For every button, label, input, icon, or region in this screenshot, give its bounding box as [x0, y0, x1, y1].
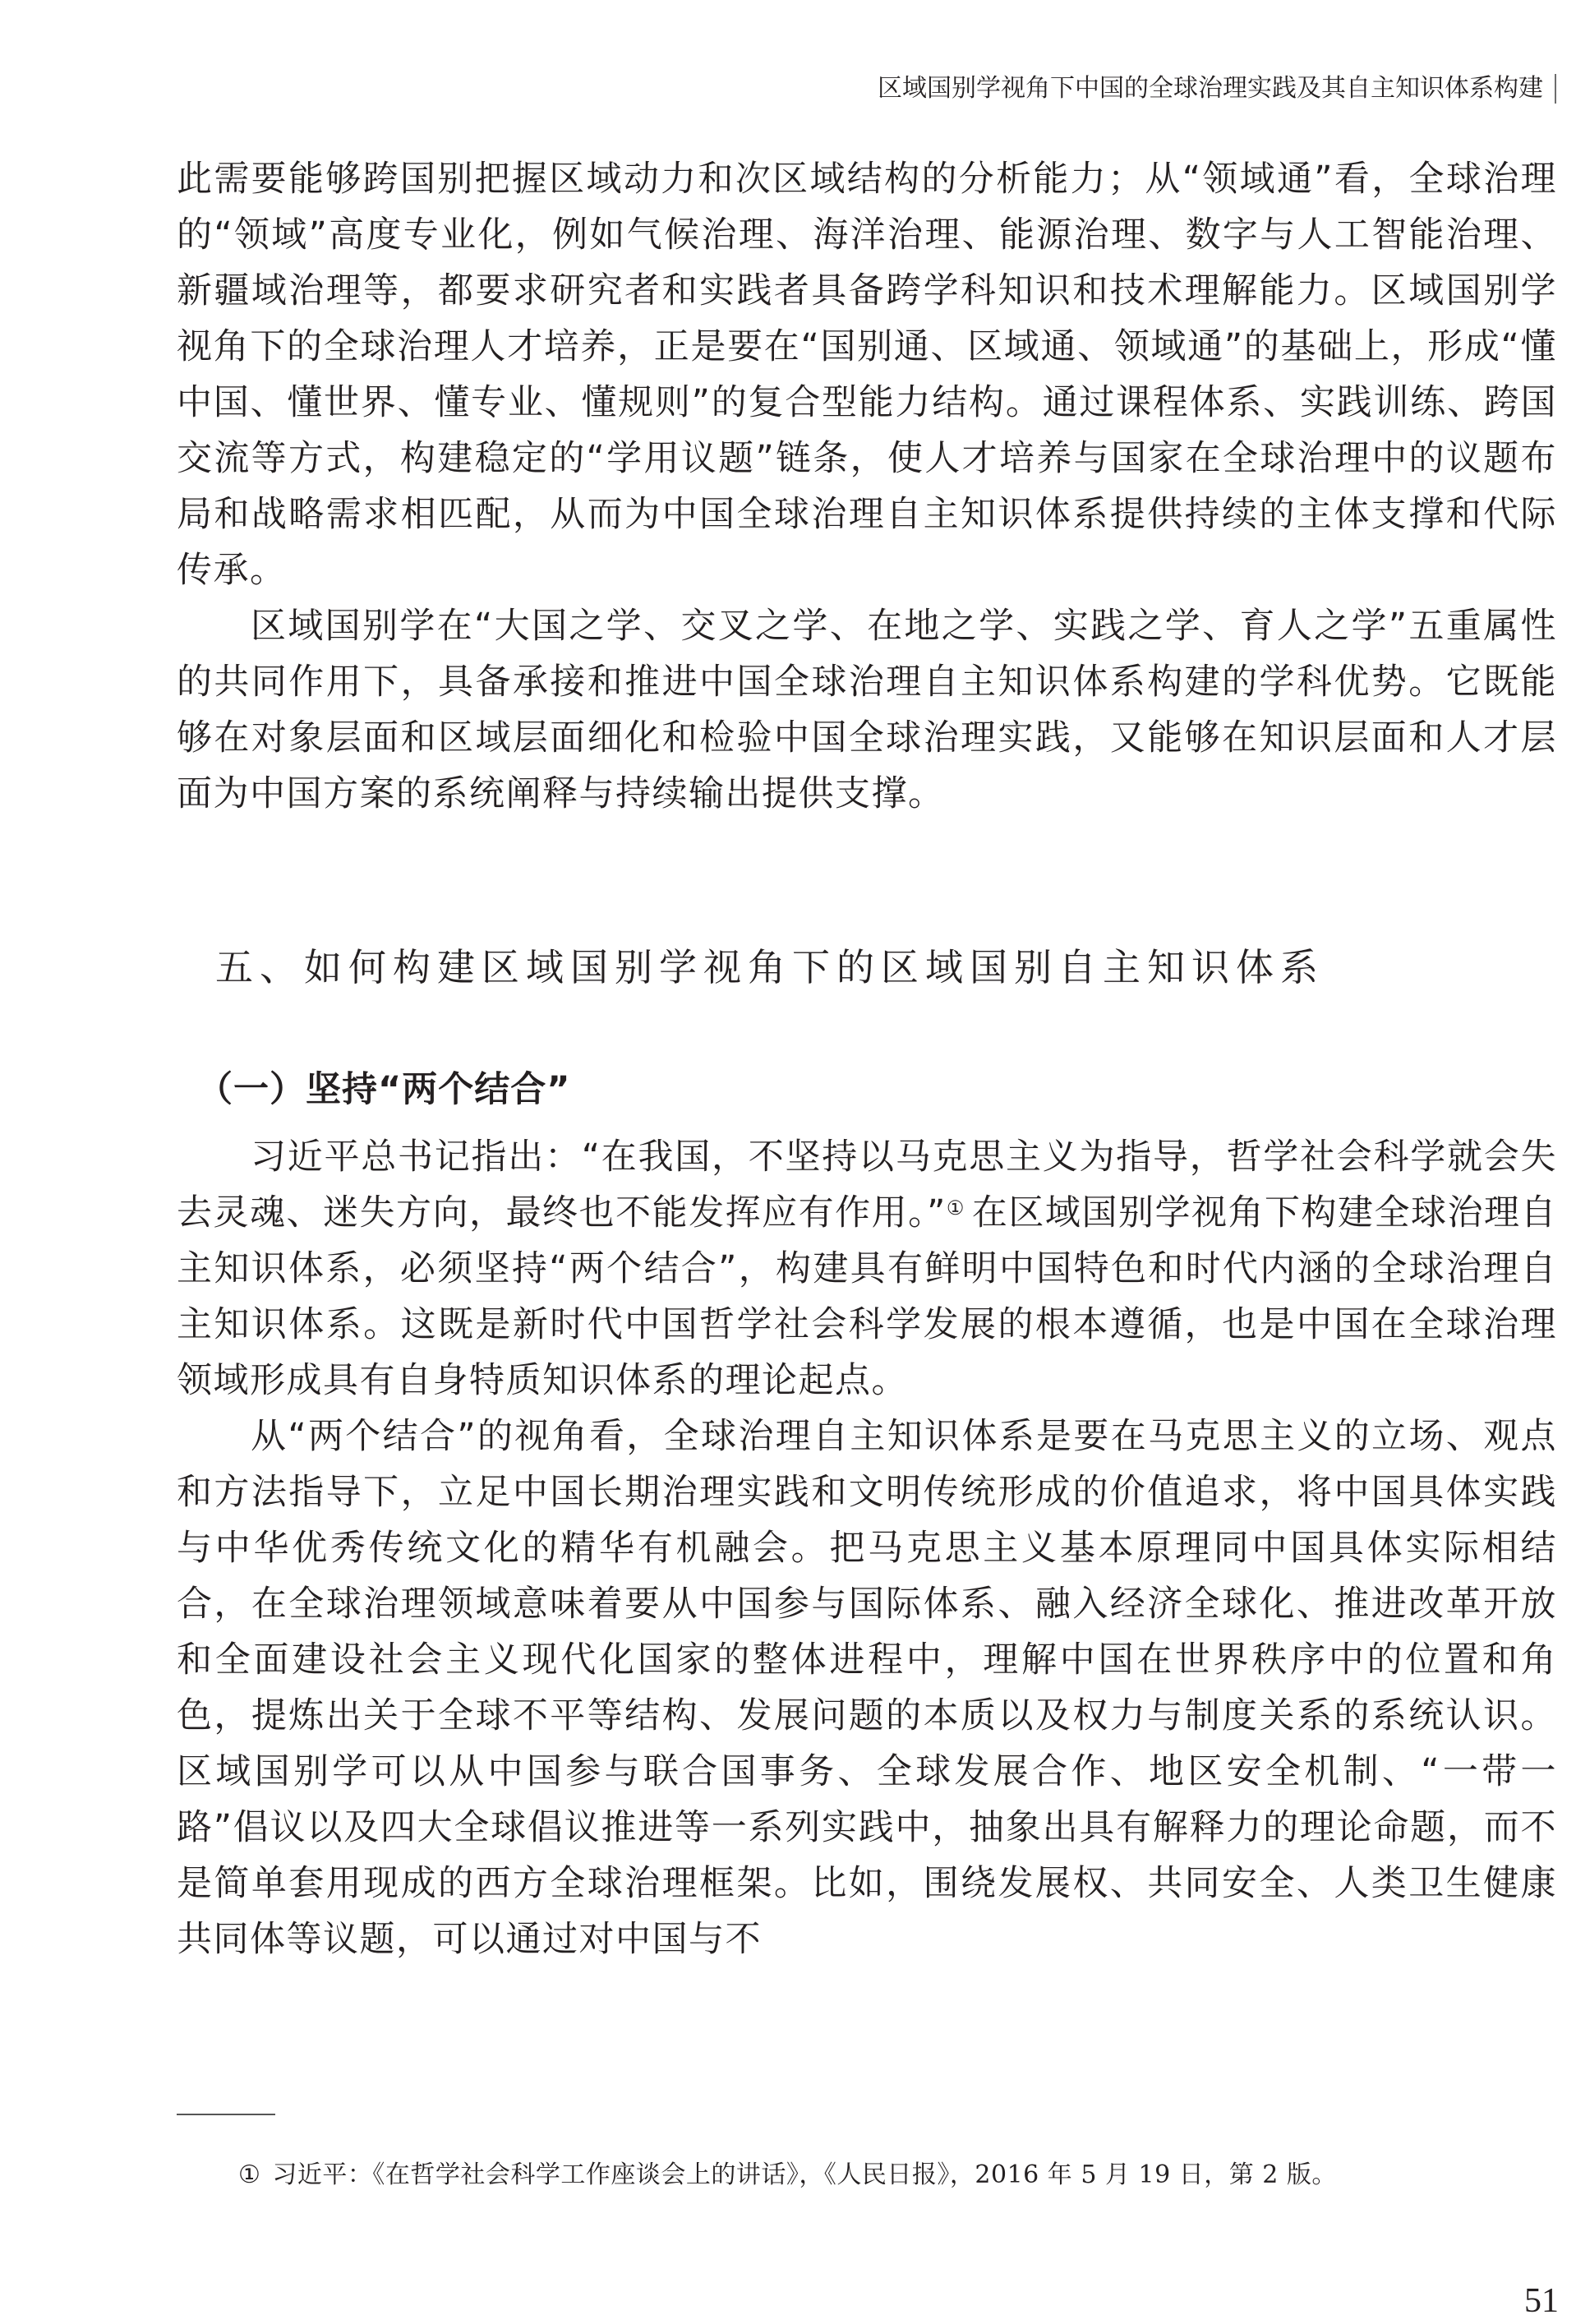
paragraph-quote: 习近平总书记指出：“在我国，不坚持以马克思主义为指导，哲学社会科学就会失去灵魂、… [177, 1129, 1557, 1409]
running-header-title: 区域国别学视角下中国的全球治理实践及其自主知识体系构建 [878, 71, 1543, 107]
page-number: 51 [1524, 2280, 1559, 2322]
paragraph-summary: 区域国别学在“大国之学、交叉之学、在地之学、实践之学、育人之学”五重属性的共同作… [177, 598, 1557, 822]
paragraph-continuation: 此需要能够跨国别把握区域动力和次区域结构的分析能力；从“领域通”看，全球治理的“… [177, 151, 1557, 598]
subsection-heading: （一）坚持“两个结合” [197, 1065, 571, 1114]
footnote-reference[interactable]: ① [947, 1197, 965, 1220]
running-header: 区域国别学视角下中国的全球治理实践及其自主知识体系构建 [878, 71, 1556, 107]
header-divider-bar [1555, 74, 1556, 104]
paragraph-two-combinations: 从“两个结合”的视角看，全球治理自主知识体系是要在马克思主义的立场、观点和方法指… [177, 1409, 1557, 1967]
section-heading: 五、如何构建区域国别学视角下的区域国别自主知识体系 [215, 938, 1325, 996]
footnote-1: ①习近平：《在哲学社会科学工作座谈会上的讲话》，《人民日报》，2016 年 5 … [238, 2157, 1337, 2193]
body-text-block-2: 习近平总书记指出：“在我国，不坚持以马克思主义为指导，哲学社会科学就会失去灵魂、… [177, 1129, 1557, 1967]
footnote-text: 习近平：《在哲学社会科学工作座谈会上的讲话》，《人民日报》，2016 年 5 月… [272, 2160, 1336, 2189]
footnote-divider [177, 2114, 275, 2115]
body-text-block-1: 此需要能够跨国别把握区域动力和次区域结构的分析能力；从“领域通”看，全球治理的“… [177, 151, 1557, 822]
footnote-mark: ① [238, 2160, 260, 2189]
